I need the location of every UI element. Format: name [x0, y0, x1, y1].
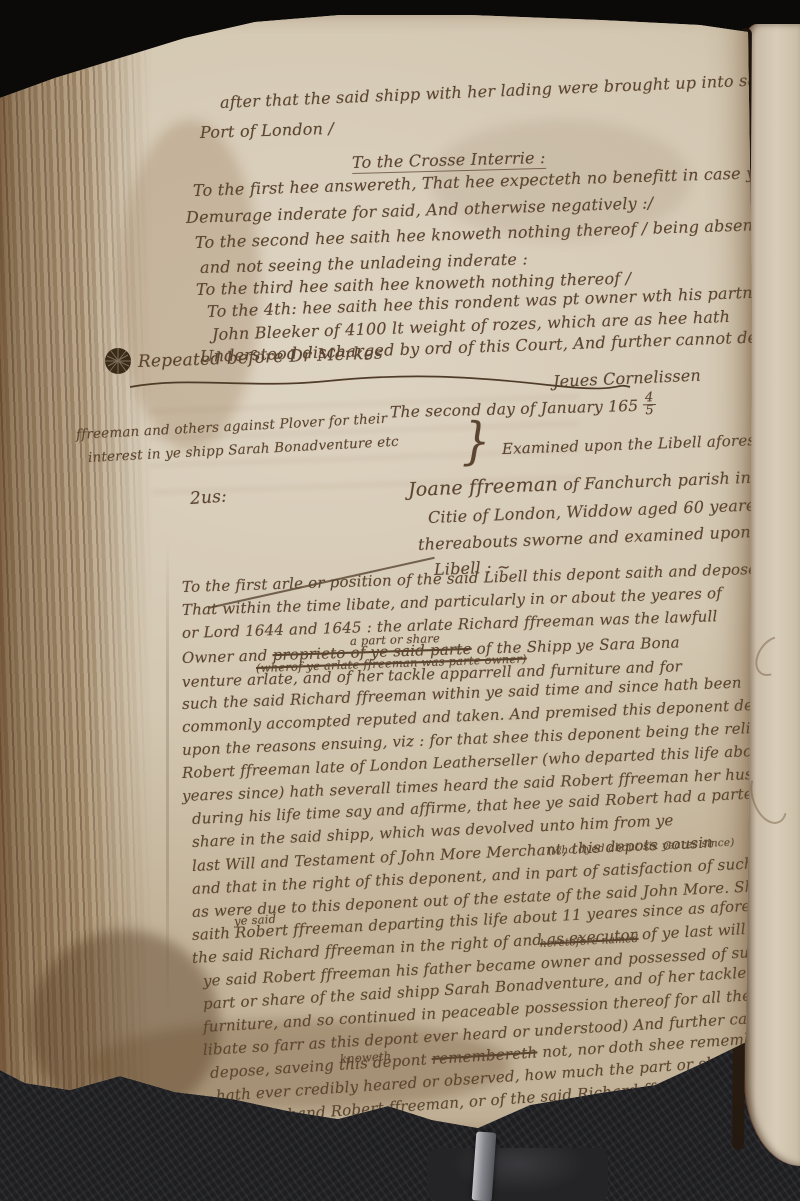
deponent-name: Joane ffreeman: [408, 473, 559, 501]
handwritten-line: Port of London /: [200, 119, 335, 142]
repeat-note: Repeated before Dr Merkes: [138, 343, 384, 372]
photo-scene: after that the said shipp with her ladin…: [0, 0, 800, 1201]
underline-flourish: [128, 372, 633, 394]
handwritten-line: after that the said shipp with her ladin…: [220, 70, 774, 112]
ink-bleed-mark: [748, 629, 798, 682]
section-heading: To the Crosse Interrie :: [352, 148, 546, 172]
date-fraction: 45: [643, 392, 656, 418]
manuscript-page: after that the said shipp with her ladin…: [0, 0, 756, 1140]
body-text: saith: [192, 924, 236, 944]
witness-number: 2us:: [189, 486, 227, 509]
book-stand-base: [428, 1148, 608, 1201]
date-text: The second day of January 165: [390, 397, 639, 421]
handwriting-layer: after that the said shipp with her ladin…: [0, 0, 756, 1140]
session-date: The second day of January 16545: [390, 392, 656, 425]
ink-bleed-mark: [743, 765, 794, 829]
deponent-heading-rest: of Fanchurch parish in the: [557, 467, 783, 495]
struck-text: remembereth: [431, 1043, 538, 1068]
facing-page-edge: [744, 24, 800, 1166]
date-fraction-bottom: 5: [643, 405, 656, 418]
case-brace: }: [462, 412, 490, 471]
examined-note: Examined upon the Libell aforesaid /: [502, 430, 790, 458]
